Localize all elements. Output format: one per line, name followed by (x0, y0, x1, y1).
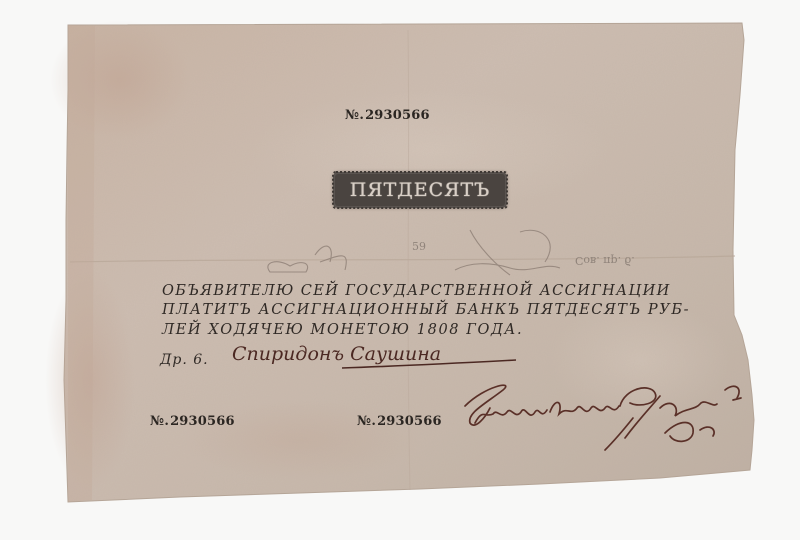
faint-mirror-text: Сов. пр. б. (575, 254, 635, 267)
serial-prefix: №. (150, 414, 169, 429)
serial-number-bottom-left: №.2930566 (150, 414, 235, 429)
body-text-line-3: ЛЕЙ ХОДЯЧЕЮ МОНЕТОЮ 1808 ГОДА. (162, 322, 523, 338)
photo-scene: №.2930566 ПЯТДЕСЯТЪ 59 Сов. пр. б. ОБЪЯВ… (0, 0, 800, 540)
banknote: №.2930566 ПЯТДЕСЯТЪ 59 Сов. пр. б. ОБЪЯВ… (0, 0, 800, 540)
denomination-label: ПЯТДЕСЯТЪ (350, 179, 491, 201)
handwritten-underline (340, 358, 520, 372)
body-text-line-2: ПЛАТИТЪ АССИГНАЦИОННЫЙ БАНКЪ ПЯТДЕСЯТЪ Р… (162, 302, 690, 318)
serial-number-bottom-center: №.2930566 (357, 414, 442, 429)
serial-number-top: №.2930566 (345, 108, 430, 123)
faint-number: 59 (412, 240, 426, 253)
series-label: Др. 6. (160, 352, 209, 368)
serial-prefix: №. (345, 108, 364, 123)
body-text-line-1: ОБЪЯВИТЕЛЮ СЕЙ ГОСУДАРСТВЕННОЙ АССИГНАЦИ… (162, 283, 671, 299)
denomination-cartouche: ПЯТДЕСЯТЪ (335, 174, 505, 206)
serial-value: 2930566 (377, 414, 442, 429)
banknote-text-layer: №.2930566 ПЯТДЕСЯТЪ 59 Сов. пр. б. ОБЪЯВ… (0, 0, 800, 540)
serial-prefix: №. (357, 414, 376, 429)
serial-value: 2930566 (170, 414, 235, 429)
signature (455, 378, 765, 463)
serial-value: 2930566 (365, 108, 430, 123)
